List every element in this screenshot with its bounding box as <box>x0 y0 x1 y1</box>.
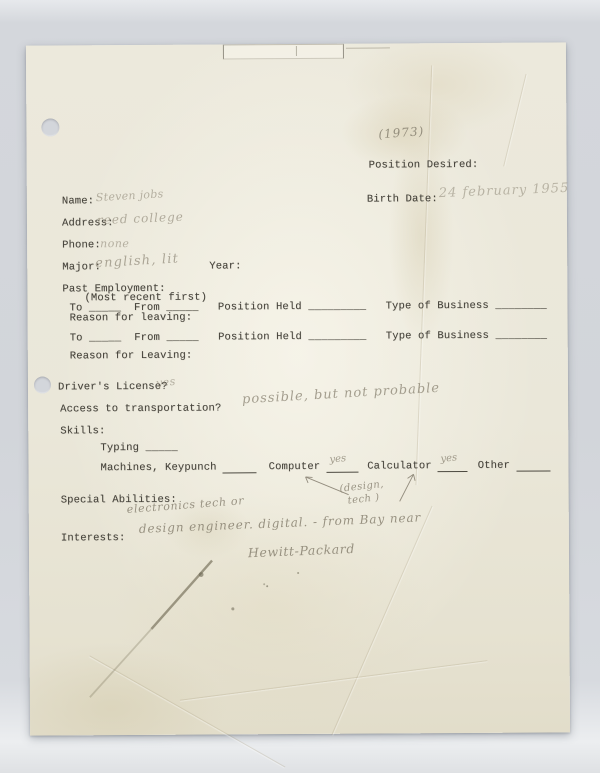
handwritten-name-value: Steven jobs <box>95 187 163 204</box>
ink-speck <box>263 583 265 585</box>
other-blank <box>516 461 550 471</box>
photo-of-document: (1973) Position Desired: Name: Steven jo… <box>0 0 600 773</box>
ink-speck <box>266 585 268 587</box>
handwritten-interests-value-line1: design engineer. digital. - from Bay nea… <box>139 510 422 536</box>
punch-hole-top <box>41 118 59 136</box>
machines-skills-row: Machines, Keypunch Computer yes Calculat… <box>100 459 550 474</box>
access-transportation-label: Access to transportation? <box>60 402 221 415</box>
paper-crease <box>503 74 526 167</box>
name-label: Name: <box>62 195 94 207</box>
interests-label: Interests: <box>61 532 126 544</box>
employment-row-2: To _____ From _____ Position Held ______… <box>70 329 547 344</box>
handwritten-interests-value-line2: Hewitt-Packard <box>248 541 356 560</box>
phone-label: Phone: <box>62 239 101 251</box>
paper-crease <box>89 655 285 767</box>
paper-sheet: (1973) Position Desired: Name: Steven jo… <box>26 42 570 735</box>
skills-label: Skills: <box>60 425 105 437</box>
year-label: Year: <box>209 260 241 272</box>
keypunch-blank <box>223 463 257 473</box>
handwritten-access-transportation-value: possible, but not probable <box>242 381 441 408</box>
tape-mark-line <box>346 47 390 48</box>
handwritten-birth-date-value: 24 february 1955 <box>439 181 570 201</box>
reason-for-leaving-1-label: Reason for leaving: <box>70 312 193 325</box>
stain-streak <box>89 561 213 698</box>
ink-speck <box>231 607 234 610</box>
handwritten-design-tech-note: tech ) <box>347 492 380 506</box>
computer-blank: yes <box>326 463 358 473</box>
tape-mark <box>223 44 344 60</box>
calculator-label: Calculator <box>367 460 432 472</box>
handwritten-calculator-value: yes <box>440 452 458 465</box>
calculator-blank: yes <box>438 462 468 472</box>
paper-crease <box>331 506 432 735</box>
punch-hole-bottom <box>34 377 51 394</box>
drivers-license-label: Driver's License? <box>58 381 168 394</box>
other-label: Other <box>478 460 510 472</box>
position-desired-label: Position Desired: <box>369 159 479 172</box>
handwritten-computer-value: yes <box>329 453 347 466</box>
reason-for-leaving-2-label: Reason for Leaving: <box>70 350 193 363</box>
handwritten-year-annotation: (1973) <box>378 124 425 141</box>
paper-crease <box>180 660 488 701</box>
handwritten-address-value: reed college <box>97 210 184 228</box>
ink-speck <box>297 572 299 574</box>
typing-label: Typing _____ <box>100 442 177 454</box>
computer-label: Computer <box>269 461 321 473</box>
handwritten-phone-value: none <box>100 237 129 250</box>
birth-date-label: Birth Date: <box>367 193 438 205</box>
handwritten-major-value: english, lit <box>95 251 180 271</box>
machines-keypunch-label: Machines, Keypunch <box>100 461 216 474</box>
pencil-arrow-to-calculator <box>400 474 416 501</box>
handwritten-drivers-license-value: yes <box>155 375 176 390</box>
